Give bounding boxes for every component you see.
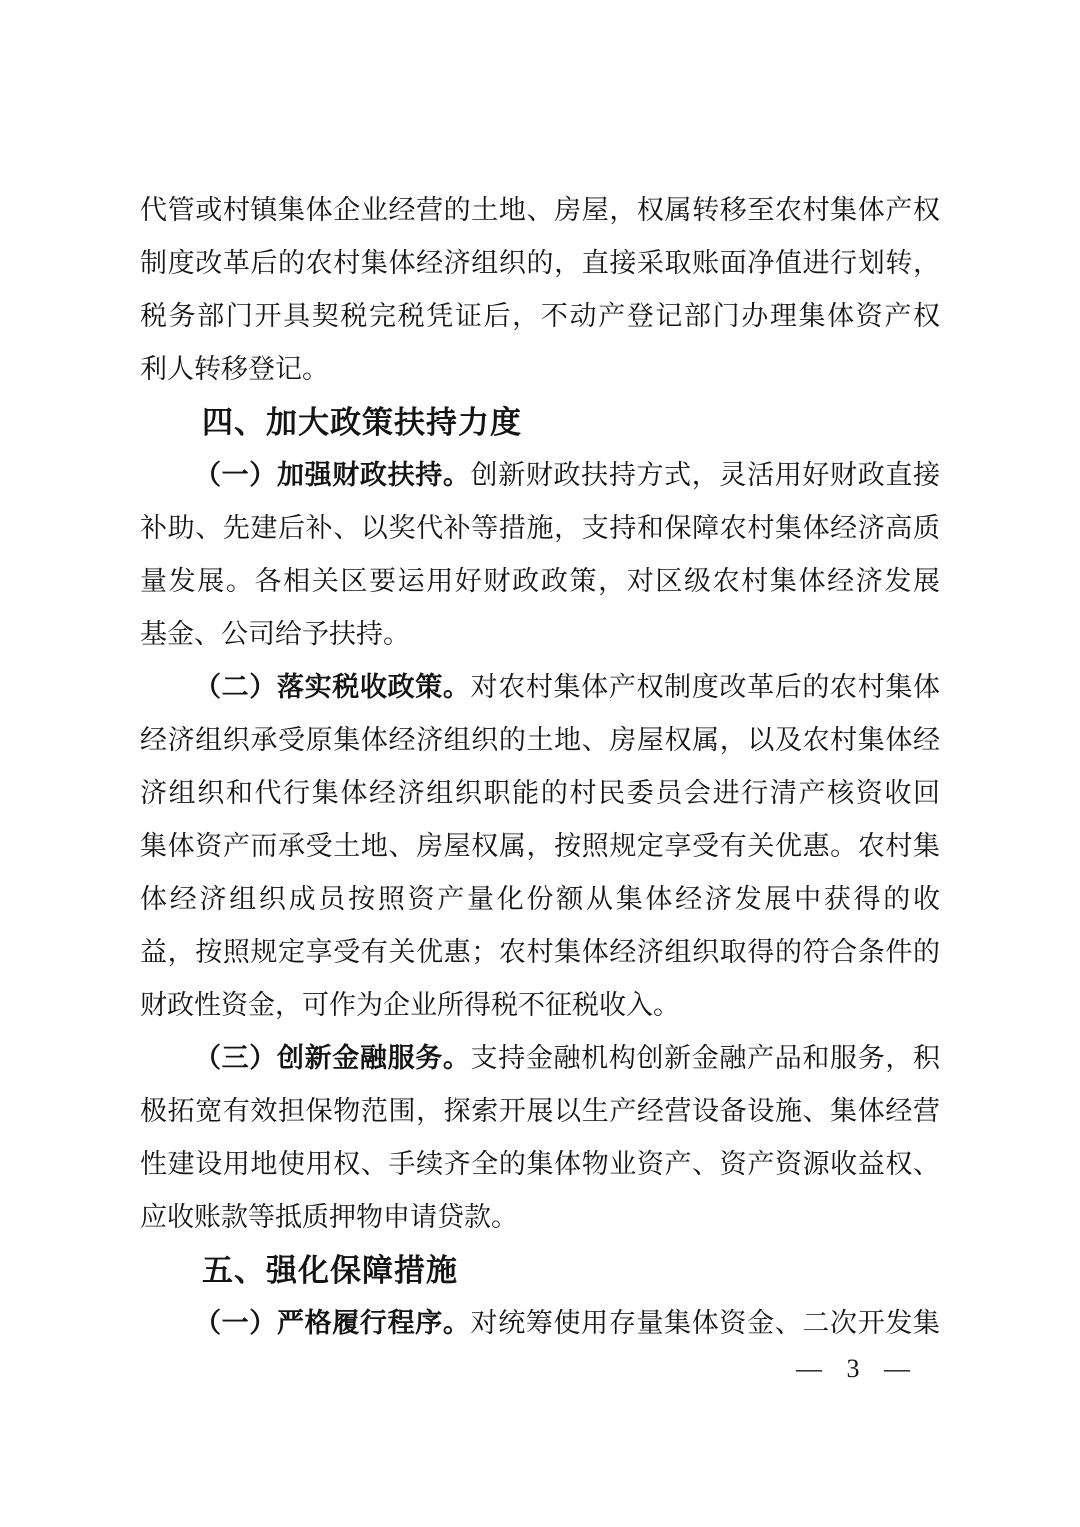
text-line: 量发展。各相关区要运用好财政政策，对区级农村集体经济发展 xyxy=(140,555,940,608)
text-line: 制度改革后的农村集体经济组织的，直接采取账面净值进行划转， xyxy=(140,237,940,290)
text-line: 利人转移登记。 xyxy=(140,343,940,396)
line-text: 极拓宽有效担保物范围，探索开展以生产经营设备设施、集体经营 xyxy=(140,1096,940,1126)
line-text: 济组织和代行集体经济组织职能的村民委员会进行清产核资收回 xyxy=(140,778,940,808)
text-line: 财政性资金，可作为企业所得税不征税收入。 xyxy=(140,979,940,1032)
text-line: （一）加强财政扶持。创新财政扶持方式，灵活用好财政直接 xyxy=(140,449,940,502)
page-number: — 3 — xyxy=(796,1352,912,1386)
text-line: 体经济组织成员按照资产量化份额从集体经济发展中获得的收 xyxy=(140,873,940,926)
line-text: 代管或村镇集体企业经营的土地、房屋，权属转移至农村集体产权 xyxy=(140,195,940,225)
line-text: 税务部门开具契税完税凭证后，不动产登记部门办理集体资产权 xyxy=(140,301,940,331)
line-lead: （三）创新金融服务。 xyxy=(194,1043,471,1073)
text-line: 性建设用地使用权、手续齐全的集体物业资产、资产资源收益权、 xyxy=(140,1138,940,1191)
line-text: 经济组织承受原集体经济组织的土地、房屋权属，以及农村集体经 xyxy=(140,725,940,755)
line-text: 创新财政扶持方式，灵活用好财政直接 xyxy=(471,460,940,490)
text-line: 代管或村镇集体企业经营的土地、房屋，权属转移至农村集体产权 xyxy=(140,184,940,237)
text-line: 益，按照规定享受有关优惠；农村集体经济组织取得的符合条件的 xyxy=(140,926,940,979)
line-text: 益，按照规定享受有关优惠；农村集体经济组织取得的符合条件的 xyxy=(140,937,940,967)
line-text: 财政性资金，可作为企业所得税不征税收入。 xyxy=(140,990,680,1020)
line-text: 五、强化保障措施 xyxy=(202,1253,458,1288)
section-heading: 四、加大政策扶持力度 xyxy=(140,396,940,449)
text-line: 集体资产而承受土地、房屋权属，按照规定享受有关优惠。农村集 xyxy=(140,820,940,873)
line-lead: （一）严格履行程序。 xyxy=(194,1308,471,1338)
line-text: 四、加大政策扶持力度 xyxy=(202,405,522,440)
section-heading: 五、强化保障措施 xyxy=(140,1244,940,1297)
line-text: 对统筹使用存量集体资金、二次开发集 xyxy=(471,1308,940,1338)
text-line: 税务部门开具契税完税凭证后，不动产登记部门办理集体资产权 xyxy=(140,290,940,343)
line-text: 利人转移登记。 xyxy=(140,354,329,384)
text-line: 基金、公司给予扶持。 xyxy=(140,608,940,661)
line-text: 补助、先建后补、以奖代补等措施，支持和保障农村集体经济高质 xyxy=(140,513,940,543)
line-text: 支持金融机构创新金融产品和服务，积 xyxy=(471,1043,940,1073)
line-text: 体经济组织成员按照资产量化份额从集体经济发展中获得的收 xyxy=(140,884,940,914)
line-text: 集体资产而承受土地、房屋权属，按照规定享受有关优惠。农村集 xyxy=(140,831,940,861)
text-line: 应收账款等抵质押物申请贷款。 xyxy=(140,1191,940,1244)
document-page: 代管或村镇集体企业经营的土地、房屋，权属转移至农村集体产权制度改革后的农村集体经… xyxy=(0,0,1080,1527)
line-text: 制度改革后的农村集体经济组织的，直接采取账面净值进行划转， xyxy=(140,248,940,278)
text-block: 代管或村镇集体企业经营的土地、房屋，权属转移至农村集体产权制度改革后的农村集体经… xyxy=(140,184,940,1350)
line-text: 应收账款等抵质押物申请贷款。 xyxy=(140,1202,518,1232)
text-line: 极拓宽有效担保物范围，探索开展以生产经营设备设施、集体经营 xyxy=(140,1085,940,1138)
line-lead: （二）落实税收政策。 xyxy=(194,672,471,702)
line-text: 量发展。各相关区要运用好财政政策，对区级农村集体经济发展 xyxy=(140,566,940,596)
line-text: 对农村集体产权制度改革后的农村集体 xyxy=(471,672,940,702)
text-line: 济组织和代行集体经济组织职能的村民委员会进行清产核资收回 xyxy=(140,767,940,820)
text-line: （二）落实税收政策。对农村集体产权制度改革后的农村集体 xyxy=(140,661,940,714)
text-line: （一）严格履行程序。对统筹使用存量集体资金、二次开发集 xyxy=(140,1297,940,1350)
text-line: 补助、先建后补、以奖代补等措施，支持和保障农村集体经济高质 xyxy=(140,502,940,555)
line-text: 基金、公司给予扶持。 xyxy=(140,619,410,649)
line-text: 性建设用地使用权、手续齐全的集体物业资产、资产资源收益权、 xyxy=(140,1149,940,1179)
text-line: 经济组织承受原集体经济组织的土地、房屋权属，以及农村集体经 xyxy=(140,714,940,767)
text-line: （三）创新金融服务。支持金融机构创新金融产品和服务，积 xyxy=(140,1032,940,1085)
line-lead: （一）加强财政扶持。 xyxy=(194,460,471,490)
